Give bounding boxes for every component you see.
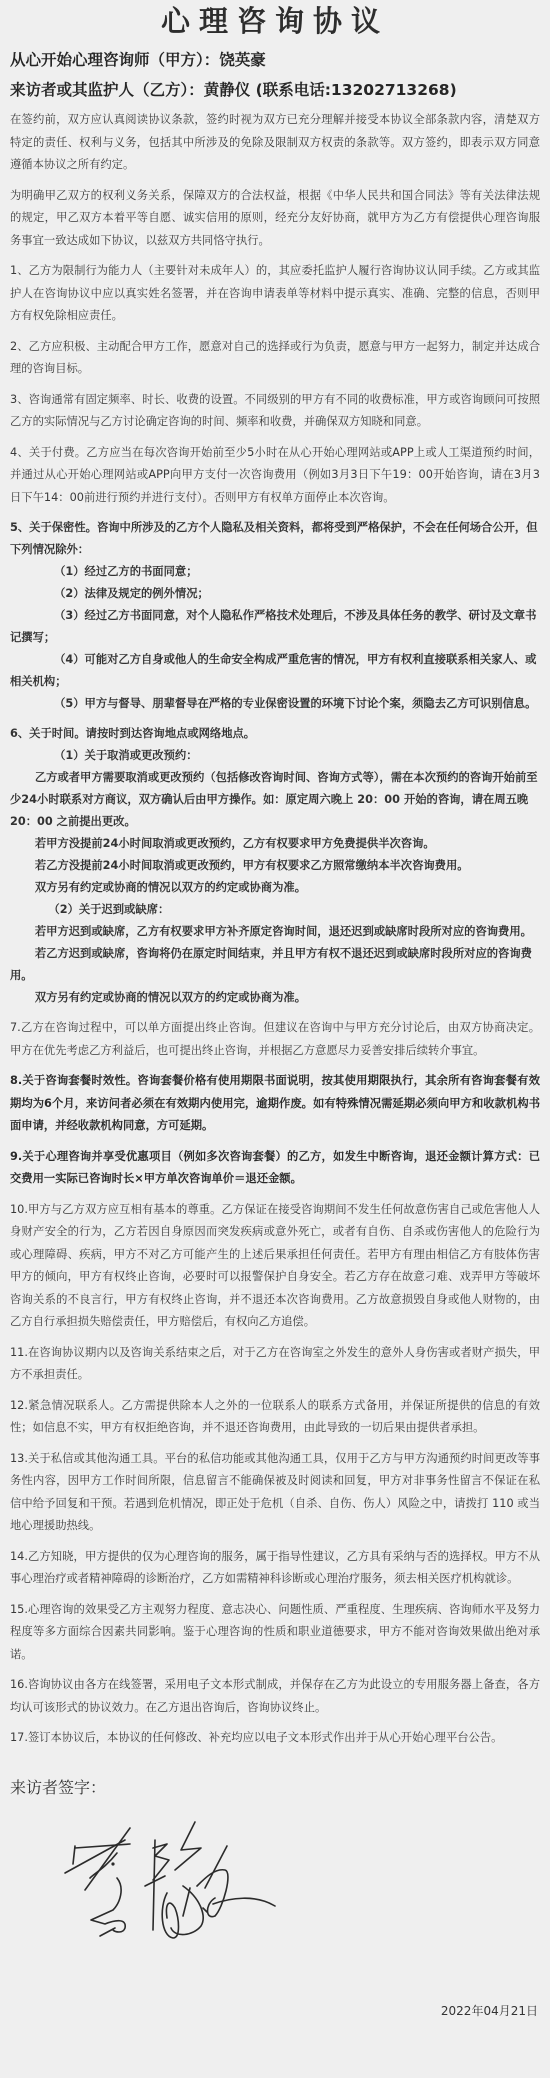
clause-5-confidentiality: 5、关于保密性。咨询中所涉及的乙方个人隐私及相关资料，都将受到严格保护，不会在任…	[10, 517, 540, 715]
clause-6-sub2-line: 若甲方迟到或缺席，乙方有权要求甲方补齐原定咨询时间，退还迟到或缺席时段所对应的咨…	[10, 921, 540, 943]
clause-6-sub1-line: 若甲方没提前24小时间取消或更改预约，乙方有权要求甲方免费提供半次咨询。	[10, 833, 540, 855]
clause-17: 17.签订本协议后，本协议的任何修改、补充均应以电子文本形式作出并于从心开始心理…	[10, 1727, 540, 1750]
clause-6-sub1-line: 乙方或者甲方需要取消或更改预约（包括修改咨询时间、咨询方式等），需在本次预约的咨…	[10, 767, 540, 833]
document-title: 心理咨询协议	[10, 0, 540, 45]
clause-12: 12.紧急情况联系人。乙方需提供除本人之外的一位联系人的联系方式备用，并保证所提…	[10, 1395, 540, 1440]
clause-6-heading: 6、关于时间。请按时到达咨询地点或网络地点。	[10, 723, 540, 745]
signing-date: 2022年04月21日	[441, 2002, 538, 2019]
intro-paragraph-2: 为明确甲乙双方的权利义务关系，保障双方的合法权益，根据《中华人民共和国合同法》等…	[10, 185, 540, 253]
signature-label: 来访者签字：	[10, 1776, 540, 1800]
clause-5-heading: 5、关于保密性。咨询中所涉及的乙方个人隐私及相关资料，都将受到严格保护，不会在任…	[10, 517, 540, 561]
clause-7: 7.乙方在咨询过程中，可以单方面提出终止咨询。但建议在咨询中与甲方充分讨论后，由…	[10, 1017, 540, 1062]
clause-6-sub1-title: （1）关于取消或更改预约：	[10, 745, 540, 767]
handwritten-signature	[55, 1808, 315, 1958]
clause-11: 11.在咨询协议期内以及咨询关系结束之后，对于乙方在咨询室之外发生的意外人身伤害…	[10, 1342, 540, 1387]
clause-14: 14.乙方知晓，甲方提供的仅为心理咨询的服务，属于指导性建议，乙方具有采纳与否的…	[10, 1546, 540, 1591]
clause-5-item: （2）法律及规定的例外情况；	[10, 583, 540, 605]
clause-5-item: （1）经过乙方的书面同意；	[10, 561, 540, 583]
clause-10: 10.甲方与乙方双方应互相有基本的尊重。乙方保证在接受咨询期间不发生任何故意伤害…	[10, 1199, 540, 1334]
clause-5-item: （4）可能对乙方自身或他人的生命安全构成严重危害的情况，甲方有权利直接联系相关家…	[10, 649, 540, 693]
clause-5-item: （3）经过乙方书面同意，对个人隐私作严格技术处理后，不涉及具体任务的教学、研讨及…	[10, 605, 540, 649]
party-b-line: 来访者或其监护人（乙方）：黄静仪 (联系电话:13202713268)	[10, 75, 540, 105]
clause-8: 8.关于咨询套餐时效性。咨询套餐价格有使用期限书面说明，按其使用期限执行，其余所…	[10, 1070, 540, 1138]
clause-4: 4、关于付费。乙方应当在每次咨询开始前至少5小时在从心开始心理网站或APP上或人…	[10, 442, 540, 510]
agreement-document: 心理咨询协议 从心开始心理咨询师（甲方）：饶英豪 来访者或其监护人（乙方）：黄静…	[0, 0, 550, 1800]
clause-2: 2、乙方应积极、主动配合甲方工作，愿意对自己的选择或行为负责，愿意与甲方一起努力…	[10, 336, 540, 381]
clause-6-time: 6、关于时间。请按时到达咨询地点或网络地点。 （1）关于取消或更改预约： 乙方或…	[10, 723, 540, 1009]
clause-13: 13.关于私信或其他沟通工具。平台的私信功能或其他沟通工具，仅用于乙方与甲方沟通…	[10, 1448, 540, 1538]
clause-6-sub2-line: 双方另有约定或协商的情况以双方的约定或协商为准。	[10, 987, 540, 1009]
clause-16: 16.咨询协议由各方在线签署，采用电子文本形式制成，并保存在乙方为此设立的专用服…	[10, 1674, 540, 1719]
clause-9: 9.关于心理咨询并享受优惠项目（例如多次咨询套餐）的乙方，如发生中断咨询，退还金…	[10, 1146, 540, 1191]
clause-6-sub2-line: 若乙方迟到或缺席，咨询将仍在原定时间结束，并且甲方有权不退还迟到或缺席时段所对应…	[10, 943, 540, 987]
clause-1: 1、乙方为限制行为能力人（主要针对未成年人）的，其应委托监护人履行咨询协议认同手…	[10, 260, 540, 328]
intro-paragraph-1: 在签约前，双方应认真阅读协议条款，签约时视为双方已充分理解并接受本协议全部条款内…	[10, 109, 540, 177]
clause-6-sub1-line: 双方另有约定或协商的情况以双方的约定或协商为准。	[10, 877, 540, 899]
clause-6-sub1-line: 若乙方没提前24小时间取消或更改预约，甲方有权要求乙方照常缴纳本半次咨询费用。	[10, 855, 540, 877]
clause-5-item: （5）甲方与督导、朋辈督导在严格的专业保密设置的环境下讨论个案，须隐去乙方可识别…	[10, 693, 540, 715]
clause-6-sub2-title: （2）关于迟到或缺席：	[10, 899, 540, 921]
clause-3: 3、咨询通常有固定频率、时长、收费的设置。不同级别的甲方有不同的收费标准，甲方或…	[10, 389, 540, 434]
clause-15: 15.心理咨询的效果受乙方主观努力程度、意志决心、问题性质、严重程度、生理疾病、…	[10, 1599, 540, 1667]
party-a-line: 从心开始心理咨询师（甲方）：饶英豪	[10, 45, 540, 75]
